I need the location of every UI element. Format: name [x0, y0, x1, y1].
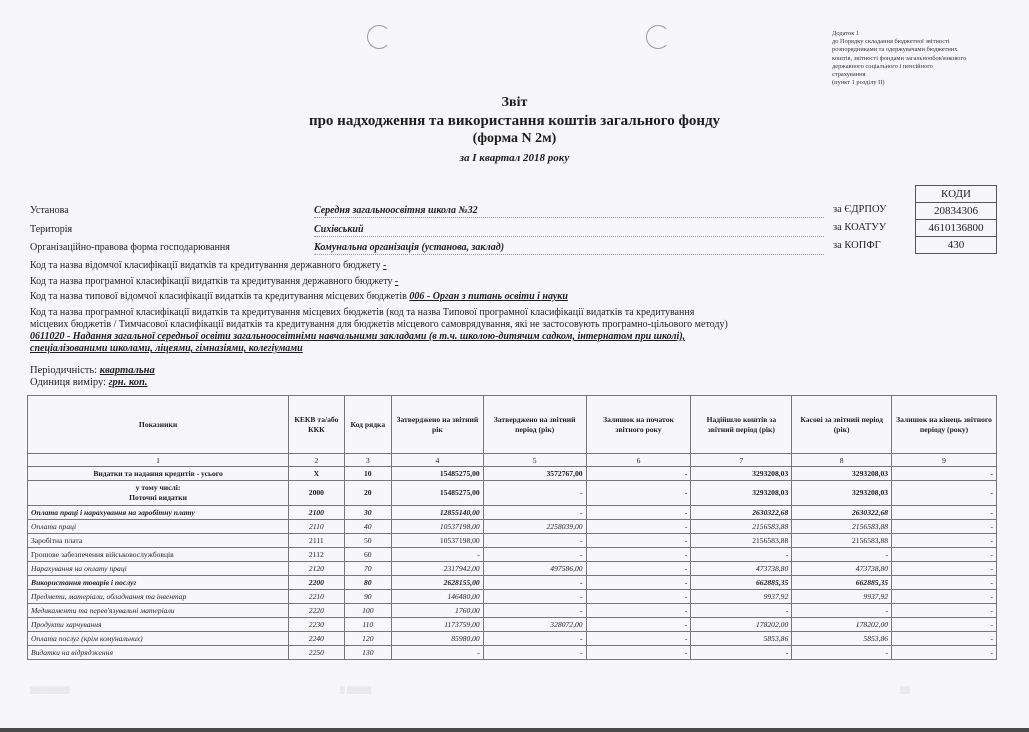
table-row: Грошове забезпечення військовослужбовців… — [28, 548, 997, 562]
cell-start-balance: - — [586, 618, 691, 632]
table-row: у тому числі:Поточні видатки200020154852… — [28, 481, 997, 506]
report-form: (форма N 2м) — [0, 131, 1029, 147]
unit-label: Одиниця виміру: — [30, 377, 106, 388]
cell-approved-period: - — [483, 646, 586, 660]
cell-approved-year: 15485275,00 — [391, 467, 483, 481]
cell-kekv: 2110 — [289, 520, 344, 534]
cell-code: 70 — [344, 562, 391, 576]
col-index: 4 — [391, 454, 483, 467]
col-header: Код рядка — [344, 396, 391, 454]
cell-end-balance: - — [892, 604, 997, 618]
cell-end-balance: - — [892, 590, 997, 604]
col-index: 1 — [28, 454, 289, 467]
cell-start-balance: - — [586, 481, 691, 506]
cell-name: Предмети, матеріали, обладнання та інвен… — [28, 590, 289, 604]
cell-kekv: 2250 — [289, 646, 344, 660]
cell-kekv: 2210 — [289, 590, 344, 604]
cell-received: 3293208,03 — [691, 481, 792, 506]
cell-approved-period: 328072,00 — [483, 618, 586, 632]
prog-local-value-1: 0611020 - Надання загальної середньої ос… — [30, 331, 685, 342]
col-index: 9 — [892, 454, 997, 467]
annex-line: (пункт 1 розділу II) — [832, 79, 1022, 87]
cell-start-balance: - — [586, 534, 691, 548]
cell-approved-year: 85980,00 — [391, 632, 483, 646]
cell-approved-year: 2628155,00 — [391, 576, 483, 590]
territory-label: Територія — [30, 224, 72, 235]
table-row: Оплата праці і нарахування на заробітну … — [28, 506, 997, 520]
kopfg-value: 430 — [916, 237, 997, 254]
periodicity-label: Періодичність: — [30, 365, 97, 376]
binder-hole-right — [646, 25, 670, 49]
cell-approved-period: - — [483, 481, 586, 506]
cell-end-balance: - — [892, 576, 997, 590]
legal-form-label: Організаційно-правова форма господарюван… — [30, 242, 230, 253]
col-index: 8 — [792, 454, 892, 467]
cell-approved-period: - — [483, 604, 586, 618]
cell-cash: 178202,00 — [792, 618, 892, 632]
report-table: Показники КЕКВ та/або ККК Код рядка Затв… — [27, 395, 997, 660]
cell-code: 100 — [344, 604, 391, 618]
cell-name: у тому числі:Поточні видатки — [28, 481, 289, 506]
institution-value: Середня загальноосвітня школа №32 — [314, 205, 824, 218]
cell-cash: 2630322,68 — [792, 506, 892, 520]
cell-code: 40 — [344, 520, 391, 534]
cell-approved-year: 10537198,00 — [391, 534, 483, 548]
annex-line: страхування — [832, 71, 1022, 79]
cell-kekv: 2120 — [289, 562, 344, 576]
cell-approved-year: 146480,00 — [391, 590, 483, 604]
cell-end-balance: - — [892, 481, 997, 506]
cell-start-balance: - — [586, 646, 691, 660]
cell-kekv: 2240 — [289, 632, 344, 646]
cell-kekv: 2100 — [289, 506, 344, 520]
col-index: 7 — [691, 454, 792, 467]
annex-line: державного соціального і пенсійного — [832, 63, 1022, 71]
cell-code: 50 — [344, 534, 391, 548]
table-header-row: Показники КЕКВ та/або ККК Код рядка Затв… — [28, 396, 997, 454]
cell-received: 2630322,68 — [691, 506, 792, 520]
cell-code: 60 — [344, 548, 391, 562]
prog-state-value: - — [395, 276, 398, 287]
cell-end-balance: - — [892, 506, 997, 520]
cell-approved-year: 12855140,00 — [391, 506, 483, 520]
cell-name: Грошове забезпечення військовослужбовців — [28, 548, 289, 562]
cell-cash: 5853,86 — [792, 632, 892, 646]
report-title: Звіт — [0, 95, 1029, 111]
institution-label: Установа — [30, 205, 69, 216]
annex-line: коштів, звітності фондами загальнообов'я… — [832, 55, 1022, 63]
cell-start-balance: - — [586, 520, 691, 534]
periodicity-line: Періодичність: квартальна — [30, 365, 155, 376]
dept-local-label: Код та назва типової відомчої класифікац… — [30, 291, 407, 302]
cell-approved-year: 2317942,00 — [391, 562, 483, 576]
cell-kekv: 2200 — [289, 576, 344, 590]
codes-header: КОДИ — [916, 186, 997, 203]
col-header: Надійшло коштів за звітний період (рік) — [691, 396, 792, 454]
scan-edge — [0, 728, 1029, 732]
cell-kekv: 2000 — [289, 481, 344, 506]
cell-name: Продукти харчування — [28, 618, 289, 632]
col-header: Показники — [28, 396, 289, 454]
cell-approved-year: 1173759,00 — [391, 618, 483, 632]
table-row: Предмети, матеріали, обладнання та інвен… — [28, 590, 997, 604]
table-row: Оплата праці21104010537198,002258039,00-… — [28, 520, 997, 534]
binder-hole-left — [367, 25, 391, 49]
table-row: Оплата послуг (крім комунальних)22401208… — [28, 632, 997, 646]
cell-cash: 473738,80 — [792, 562, 892, 576]
prog-local-label-1: Код та назва програмної класифікації вид… — [30, 307, 694, 318]
prog-state-label: Код та назва програмної класифікації вид… — [30, 276, 392, 287]
footer-mark-left: ▒▒▒▒▒▒▒▒ — [30, 686, 70, 694]
cell-start-balance: - — [586, 590, 691, 604]
table-row: Видатки та надання кредитів - усьогоX101… — [28, 467, 997, 481]
cell-received: 9937,92 — [691, 590, 792, 604]
col-header: Затверджено на звітний рік — [391, 396, 483, 454]
cell-name: Оплата праці і нарахування на заробітну … — [28, 506, 289, 520]
cell-end-balance: - — [892, 548, 997, 562]
cell-code: 20 — [344, 481, 391, 506]
cell-approved-period: 2258039,00 — [483, 520, 586, 534]
cell-received: - — [691, 646, 792, 660]
prog-local-value-2: спеціалізованими школами, ліцеями, гімна… — [30, 343, 303, 354]
table-row: Видатки на відрядження2250130------ — [28, 646, 997, 660]
cell-kekv: 2112 — [289, 548, 344, 562]
col-index: 3 — [344, 454, 391, 467]
cell-approved-year: - — [391, 548, 483, 562]
cell-received: 662885,35 — [691, 576, 792, 590]
annex-line: розпорядниками та одержувачами бюджетних — [832, 46, 1022, 54]
cell-approved-year: 10537198,00 — [391, 520, 483, 534]
col-header: Касові за звітний період (рік) — [792, 396, 892, 454]
cell-cash: 2156583,88 — [792, 520, 892, 534]
cell-approved-period: - — [483, 590, 586, 604]
cell-end-balance: - — [892, 646, 997, 660]
cell-name: Видатки та надання кредитів - усього — [28, 467, 289, 481]
prog-local-label-2: місцевих бюджетів / Тимчасової класифіка… — [30, 319, 728, 330]
annex-line: до Порядку складання бюджетної звітності — [832, 38, 1022, 46]
cell-name: Заробітна плата — [28, 534, 289, 548]
cell-name: Оплата праці — [28, 520, 289, 534]
cell-code: 90 — [344, 590, 391, 604]
col-header: Затверджено на звітний період (рік) — [483, 396, 586, 454]
cell-start-balance: - — [586, 632, 691, 646]
cell-cash: 3293208,03 — [792, 467, 892, 481]
cell-approved-period: 497586,00 — [483, 562, 586, 576]
cell-name: Видатки на відрядження — [28, 646, 289, 660]
cell-start-balance: - — [586, 506, 691, 520]
col-header: КЕКВ та/або ККК — [289, 396, 344, 454]
cell-code: 110 — [344, 618, 391, 632]
territory-value: Сихівський — [314, 224, 824, 237]
cell-name: Нарахування на оплату праці — [28, 562, 289, 576]
cell-received: 5853,86 — [691, 632, 792, 646]
footer-mark-right: ▒▒ — [900, 686, 910, 694]
cell-end-balance: - — [892, 520, 997, 534]
annex-line: Додаток 1 — [832, 30, 1022, 38]
cell-approved-year: 1760,00 — [391, 604, 483, 618]
table-row: Використання товарів і послуг22008026281… — [28, 576, 997, 590]
cell-name: Використання товарів і послуг — [28, 576, 289, 590]
dept-local-value: 006 - Орган з питань освіти і науки — [409, 291, 568, 302]
col-index: 6 — [586, 454, 691, 467]
dept-state-label: Код та назва відомчої класифікації видат… — [30, 260, 381, 271]
dept-state-value: - — [383, 260, 386, 271]
footer-mark-center: ▒ ▒▒▒▒▒ — [340, 686, 372, 694]
cell-start-balance: - — [586, 604, 691, 618]
periodicity-value: квартальна — [100, 365, 155, 376]
cell-code: 120 — [344, 632, 391, 646]
cell-code: 80 — [344, 576, 391, 590]
cell-code: 30 — [344, 506, 391, 520]
report-period: за I квартал 2018 року — [0, 152, 1029, 164]
table-row: Нарахування на оплату праці2120702317942… — [28, 562, 997, 576]
cell-received: - — [691, 604, 792, 618]
cell-approved-period: - — [483, 548, 586, 562]
cell-start-balance: - — [586, 562, 691, 576]
cell-end-balance: - — [892, 562, 997, 576]
cell-cash: - — [792, 646, 892, 660]
cell-received: 3293208,03 — [691, 467, 792, 481]
cell-cash: 3293208,03 — [792, 481, 892, 506]
cell-approved-year: - — [391, 646, 483, 660]
prog-state-line: Код та назва програмної класифікації вид… — [30, 276, 398, 287]
table-row: Заробітна плата21115010537198,00--215658… — [28, 534, 997, 548]
cell-end-balance: - — [892, 618, 997, 632]
cell-received: 178202,00 — [691, 618, 792, 632]
edrpou-label: за ЄДРПОУ — [833, 204, 886, 215]
cell-approved-year: 15485275,00 — [391, 481, 483, 506]
cell-received: 2156583,88 — [691, 534, 792, 548]
report-subtitle: про надходження та використання коштів з… — [0, 113, 1029, 130]
cell-end-balance: - — [892, 534, 997, 548]
cell-cash: 662885,35 — [792, 576, 892, 590]
cell-received: 473738,80 — [691, 562, 792, 576]
cell-kekv: X — [289, 467, 344, 481]
cell-cash: 9937,92 — [792, 590, 892, 604]
cell-start-balance: - — [586, 467, 691, 481]
annex-note: Додаток 1 до Порядку складання бюджетної… — [832, 30, 1022, 87]
table-body: Видатки та надання кредитів - усьогоX101… — [28, 467, 997, 660]
cell-approved-period: - — [483, 534, 586, 548]
cell-start-balance: - — [586, 576, 691, 590]
cell-cash: - — [792, 604, 892, 618]
dept-local-line: Код та назва типової відомчої класифікац… — [30, 291, 568, 302]
unit-value: грн. коп. — [109, 377, 148, 388]
cell-name: Медикаменти та перев'язувальні матеріали — [28, 604, 289, 618]
col-header: Залишок на початок звітного року — [586, 396, 691, 454]
cell-kekv: 2111 — [289, 534, 344, 548]
cell-code: 10 — [344, 467, 391, 481]
cell-kekv: 2220 — [289, 604, 344, 618]
col-header: Залишок на кінець звітного періоду (року… — [892, 396, 997, 454]
cell-received: 2156583,88 — [691, 520, 792, 534]
table-row: Медикаменти та перев'язувальні матеріали… — [28, 604, 997, 618]
table-row: Продукти харчування22301101173759,003280… — [28, 618, 997, 632]
dept-state-line: Код та назва відомчої класифікації видат… — [30, 260, 387, 271]
koatuu-label: за КОАТУУ — [833, 222, 886, 233]
cell-end-balance: - — [892, 467, 997, 481]
column-index-row: 1 2 3 4 5 6 7 8 9 — [28, 454, 997, 467]
cell-end-balance: - — [892, 632, 997, 646]
kopfg-label: за КОПФГ — [833, 240, 881, 251]
cell-approved-period: - — [483, 632, 586, 646]
cell-code: 130 — [344, 646, 391, 660]
unit-line: Одиниця виміру: грн. коп. — [30, 377, 147, 388]
cell-start-balance: - — [586, 548, 691, 562]
cell-approved-period: 3572767,00 — [483, 467, 586, 481]
cell-received: - — [691, 548, 792, 562]
cell-cash: 2156583,88 — [792, 534, 892, 548]
col-index: 2 — [289, 454, 344, 467]
koatuu-value: 4610136800 — [916, 220, 997, 237]
codes-table: КОДИ 20834306 4610136800 430 — [915, 185, 997, 254]
cell-approved-period: - — [483, 576, 586, 590]
edrpou-value: 20834306 — [916, 203, 997, 220]
cell-cash: - — [792, 548, 892, 562]
cell-name: Оплата послуг (крім комунальних) — [28, 632, 289, 646]
cell-approved-period: - — [483, 506, 586, 520]
legal-form-value: Комунальна організація (установа, заклад… — [314, 242, 824, 255]
col-index: 5 — [483, 454, 586, 467]
cell-kekv: 2230 — [289, 618, 344, 632]
